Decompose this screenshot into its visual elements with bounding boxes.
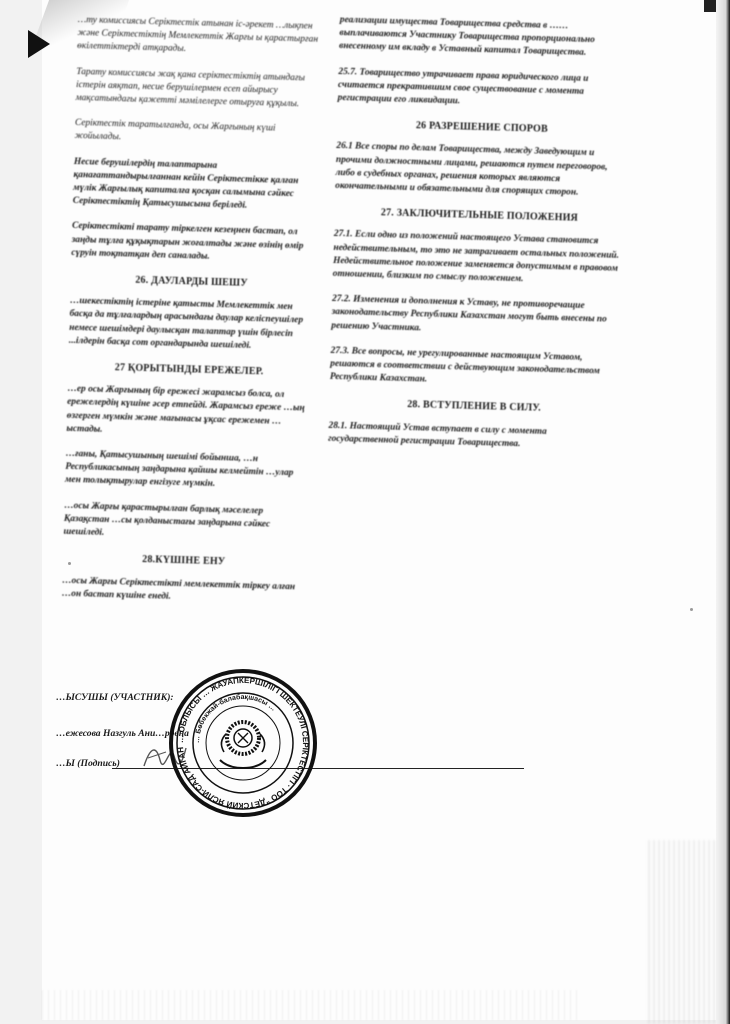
left-column-kazakh: …ту комиссиясы Серіктестік атынан іс-әре…: [61, 14, 320, 619]
paragraph: 27.1. Если одно из положений настоящего …: [333, 228, 624, 289]
right-column-russian: реализации имущества Товарищества средст…: [328, 14, 630, 466]
paragraph: 25.7. Товарищество утрачивает права юрид…: [337, 66, 628, 114]
paragraph: Несие берушілердің талаптарына қанағатта…: [73, 156, 316, 216]
participant-label: …ЫСУШЫ (УЧАСТНИК):: [56, 692, 174, 703]
section-heading: 27 ҚОРЫТЫНДЫ ЕРЕЖЕЛЕР.: [68, 360, 310, 380]
paragraph: 26.1 Все споры по делам Товарищества, ме…: [335, 140, 626, 201]
paragraph: …осы Жарғы қарастырылған барлық мәселеле…: [63, 499, 306, 545]
scan-artifact: [68, 562, 71, 565]
paragraph: …осы Жарғы Серіктестікті мемлекеттік тір…: [62, 574, 305, 607]
section-heading: 26. ДАУЛАРДЫ ШЕШУ: [70, 272, 312, 292]
paragraph: …ту комиссиясы Серіктестік атынан іс-әре…: [77, 14, 320, 60]
paragraph: 27.3. Все вопросы, не урегулированные на…: [330, 345, 621, 393]
official-seal-icon: … ОБЛЫСЫ … ЖАУАПКЕРШІЛІГІ ШЕКТЕУЛІ СЕРІК…: [168, 668, 318, 818]
scan-artifact: [648, 840, 718, 1024]
section-heading: 27. ЗАКЛЮЧИТЕЛЬНЫЕ ПОЛОЖЕНИЯ: [334, 205, 624, 226]
paragraph: реализации имущества Товарищества средст…: [339, 14, 630, 62]
section-heading: 28. ВСТУПЛЕНИЕ В СИЛУ.: [329, 396, 619, 417]
paragraph: 28.1. Настоящий Устав вступает в силу с …: [328, 420, 619, 454]
page-edge-shadow: [716, 0, 730, 1024]
paragraph: …шекестіктің істеріне қатысты Мемлекетті…: [69, 295, 312, 355]
paragraph: …ер осы Жарғының бір ережесі жарамсыз бо…: [66, 383, 309, 443]
paragraph: Тарату комиссиясы жақ қана серіктестікті…: [75, 66, 318, 112]
scan-artifact: [42, 990, 582, 1020]
scan-artifact: [690, 608, 693, 611]
folded-corner: [28, 30, 50, 58]
emblem-sun-icon: [220, 722, 266, 768]
paragraph: Серіктестікті тарату тіркелген кезеңнен …: [71, 220, 314, 266]
scan-artifact: [82, 520, 85, 523]
paragraph: 27.2. Изменения и дополнения к Уставу, н…: [331, 293, 622, 341]
paragraph: …ғаны, Қатысушының шешімі бойынша, …н Ре…: [65, 448, 308, 494]
section-heading: 26 РАЗРЕШЕНИЕ СПОРОВ: [337, 117, 627, 138]
signature-label: …Ы (Подпись): [56, 758, 120, 769]
paragraph: Серіктестік таратылғанда, осы Жарғының к…: [74, 117, 317, 150]
section-heading: 28.КҮШІНЕ ЕНУ: [63, 551, 305, 571]
